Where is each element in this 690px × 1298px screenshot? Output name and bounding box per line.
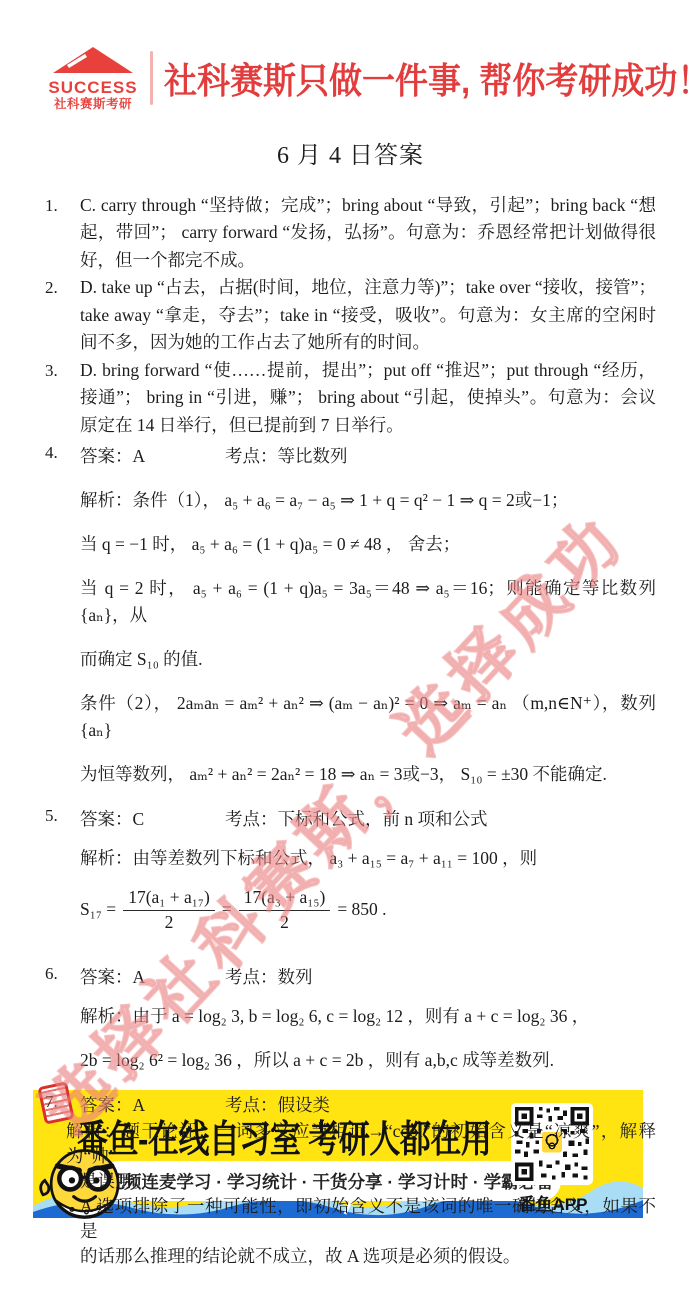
point-label: 考点：等比数列: [225, 443, 348, 470]
list-item-7: 7. 答案：A 考点：假设类 解析：题干论证：一词多义应当相近→“cool”的初…: [45, 1088, 656, 1269]
answer-list: 1. C. carry through “坚持做；完成”；bring about…: [45, 192, 656, 1270]
solution-line: 而确定 S₁₀ 的值.: [80, 646, 656, 673]
formula-rhs: = 850 .: [337, 896, 386, 924]
header: SUCCESS 社科赛斯考研 社科赛斯只做一件事, 帮你考研成功！: [45, 46, 656, 111]
item-number: 4.: [45, 439, 80, 788]
solution-line: 解析：条件（1）， a₅ + a₆ = a₇ − a₅ ⇒ 1 + q = q²…: [80, 487, 656, 514]
fraction-denominator: 2: [123, 911, 215, 934]
solution-line: 2b = log₂ 6² = log₂ 36 ，所以 a + c = 2b ，则…: [80, 1047, 656, 1074]
formula-lhs: S₁₇ =: [80, 896, 116, 924]
header-divider: [150, 51, 153, 105]
answer-label: 答案：A: [80, 1092, 225, 1119]
answer-head: 答案：A 考点：假设类: [80, 1092, 656, 1119]
solution-line: 条件（2）， 2aₘaₙ = aₘ² + aₙ² ⇒ (aₘ − aₙ)² = …: [80, 690, 656, 744]
answer-label: 答案：C: [80, 806, 225, 833]
formula-equals: =: [222, 896, 232, 924]
answer-head: 答案：C 考点：下标和公式，前 n 项和公式: [80, 806, 656, 833]
item-text: D. take up “占去，占据(时间，地位，注意力等)”；take over…: [80, 274, 656, 357]
fraction-numerator: 17(a₃ + a₁₅): [239, 886, 331, 911]
solution-line: A 选项排除了一种可能性，即初始含义不是该词的唯一确切含义，如果不是: [80, 1194, 656, 1244]
list-item-6: 6. 答案：A 考点：数列 解析：由于 a = log₂ 3, b = log₂…: [45, 960, 656, 1074]
list-item-1: 1. C. carry through “坚持做；完成”；bring about…: [45, 192, 656, 275]
solution-line: 当 q = 2 时， a₅ + a₆ = (1 + q)a₅ = 3a₅＝48 …: [80, 575, 656, 629]
item-number: 1.: [45, 192, 80, 275]
item-number: 2.: [45, 274, 80, 357]
logo-name: SUCCESS: [45, 79, 141, 96]
list-item-2: 2. D. take up “占去，占据(时间，地位，注意力等)”；take o…: [45, 274, 656, 357]
list-item-4: 4. 答案：A 考点：等比数列 解析：条件（1）， a₅ + a₆ = a₇ −…: [45, 439, 656, 788]
solution-line: 的话那么推理的结论就不成立，故 A 选项是必须的假设。: [80, 1244, 656, 1269]
solution-line: 是误用。: [80, 1169, 656, 1194]
success-logo: SUCCESS 社科赛斯考研: [45, 46, 141, 111]
list-item-3: 3. D. bring forward “使……提前，提出”；put off “…: [45, 357, 656, 440]
answer-sheet-page: 选择社科赛斯，选择成功 SUCCESS 社科赛斯考研 社科赛斯只做一件事, 帮你…: [0, 0, 690, 1298]
solution-line: 当 q = −1 时， a₅ + a₆ = (1 + q)a₅ = 0 ≠ 48…: [80, 531, 656, 558]
solution-line: 为恒等数列， aₘ² + aₙ² = 2aₙ² = 18 ⇒ aₙ = 3或−3…: [80, 761, 656, 788]
fraction-denominator: 2: [239, 911, 331, 934]
document-content: SUCCESS 社科赛斯考研 社科赛斯只做一件事, 帮你考研成功！ 6 月 4 …: [0, 0, 690, 1269]
answer-head: 答案：A 考点：等比数列: [80, 443, 656, 470]
item-number: 7.: [45, 1088, 80, 1269]
answer-head: 答案：A 考点：数列: [80, 964, 656, 991]
fraction-2: 17(a₃ + a₁₅) 2: [239, 886, 331, 934]
s17-formula: S₁₇ = 17(a₁ + a₁₇) 2 = 17(a₃ + a₁₅) 2 = …: [80, 886, 656, 934]
solution-line: 解析：由于 a = log₂ 3, b = log₂ 6, c = log₂ 1…: [80, 1003, 656, 1030]
point-label: 考点：假设类: [225, 1092, 330, 1119]
fraction-numerator: 17(a₁ + a₁₇): [123, 886, 215, 911]
item-text: C. carry through “坚持做；完成”；bring about “导…: [80, 192, 656, 275]
item-number: 6.: [45, 960, 80, 1074]
list-item-5: 5. 答案：C 考点：下标和公式，前 n 项和公式 解析：由等差数列下标和公式，…: [45, 802, 656, 934]
item-number: 3.: [45, 357, 80, 440]
point-label: 考点：下标和公式，前 n 项和公式: [225, 806, 488, 833]
logo-triangle-icon: [47, 46, 139, 74]
solution-line: 解析：题干论证：一词多义应当相近→“cool”的初始含义是“凉爽”，解释为“帅”: [66, 1119, 656, 1169]
fraction-1: 17(a₁ + a₁₇) 2: [123, 886, 215, 934]
item-text: D. bring forward “使……提前，提出”；put off “推迟”…: [80, 357, 656, 440]
page-title: 6 月 4 日答案: [45, 135, 656, 170]
point-label: 考点：数列: [225, 964, 313, 991]
logo-subtitle: 社科赛斯考研: [45, 98, 141, 111]
answer-label: 答案：A: [80, 443, 225, 470]
solution-line: 解析：由等差数列下标和公式， a₃ + a₁₅ = a₇ + a₁₁ = 100…: [80, 845, 656, 872]
item-number: 5.: [45, 802, 80, 934]
header-slogan: 社科赛斯只做一件事, 帮你考研成功！: [164, 53, 690, 104]
answer-label: 答案：A: [80, 964, 225, 991]
